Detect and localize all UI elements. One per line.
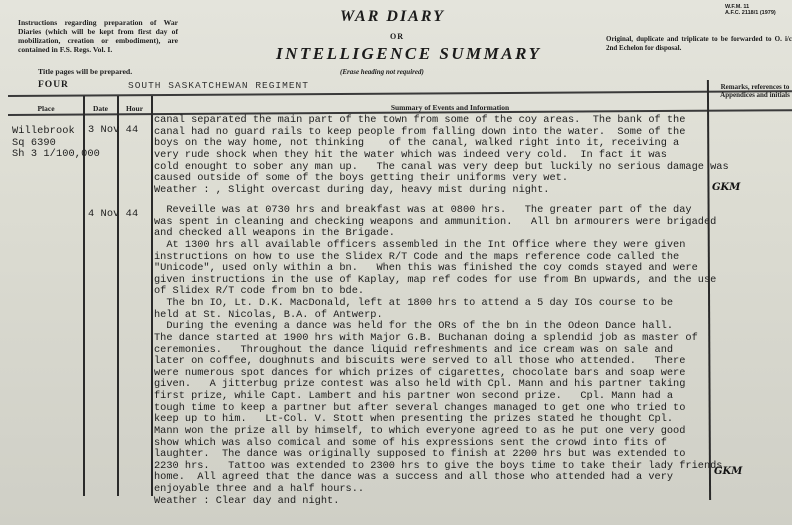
unit-number: FOUR: [38, 80, 69, 90]
document-subtitle: INTELLIGENCE SUMMARY: [276, 44, 542, 64]
title-or: OR: [390, 32, 404, 41]
document-title: WAR DIARY: [340, 8, 445, 26]
unit-name: SOUTH SASKATCHEWAN REGIMENT: [128, 80, 309, 91]
erase-heading-note: (Erase heading not required): [340, 68, 424, 76]
title-pages-note: Title pages will be prepared.: [38, 67, 132, 76]
form-code: W.F.M. 11 A.F.C. 2118/1 (1979): [725, 4, 776, 16]
column-header-hour: Hour: [118, 104, 151, 113]
summary-column-divider: [151, 96, 153, 496]
hour-column-divider: [117, 96, 119, 496]
entry-2-initials: GKM: [714, 466, 742, 477]
column-header-summary: Summary of Events and Information: [300, 103, 600, 112]
entry-2-date: 4 Nov 44: [88, 209, 138, 221]
column-header-place: Place: [10, 104, 82, 113]
column-header-remarks: Remarks, references to Appendices and in…: [718, 83, 792, 99]
entry-1-date: 3 Nov 44: [88, 125, 138, 137]
entry-2-summary: Reveille was at 0730 hrs and breakfast w…: [154, 205, 724, 507]
entry-1-place: Willebrook Sq 6390 Sh 3 1/100,000: [12, 126, 100, 161]
instructions-note: Instructions regarding preparation of Wa…: [18, 18, 178, 54]
entry-1-initials: GKM: [712, 182, 740, 193]
disposal-note: Original, duplicate and triplicate to be…: [606, 35, 792, 52]
column-header-date: Date: [84, 104, 117, 113]
entry-1-summary: canal separated the main part of the tow…: [154, 115, 724, 196]
table-top-rule: [8, 90, 792, 97]
